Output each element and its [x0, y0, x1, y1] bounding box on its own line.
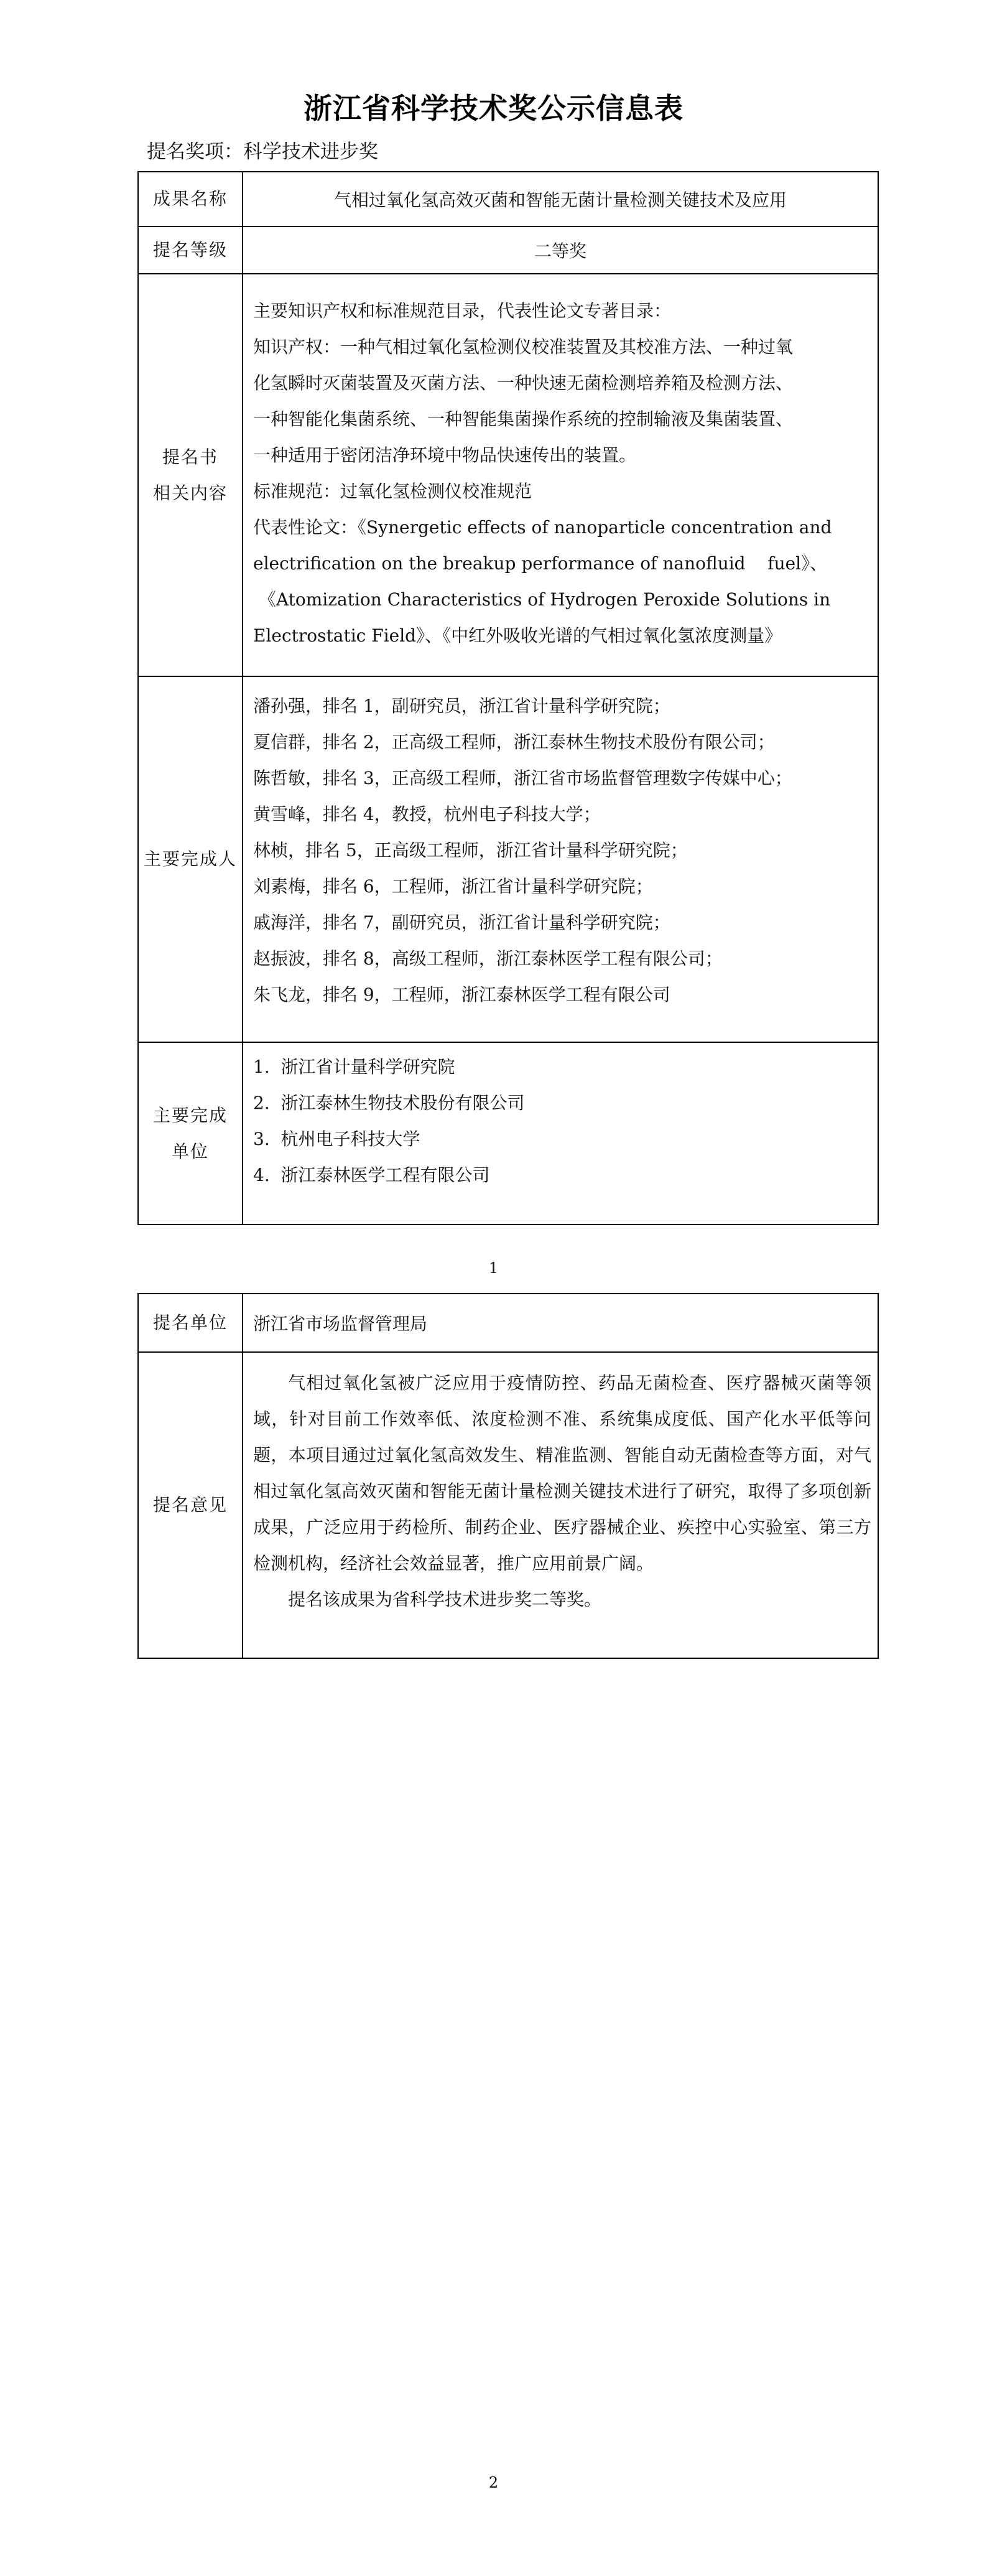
unit-item: 1. 浙江省计量科学研究院: [253, 1049, 870, 1085]
content-line: 标准规范：过氧化氢检测仪校准规范: [253, 474, 870, 510]
content-line: 知识产权：一种气相过氧化氢检测仪校准装置及其校准方法、一种过氧: [253, 329, 870, 365]
unit-item: 3. 杭州电子科技大学: [253, 1121, 870, 1157]
main-units-value: 1. 浙江省计量科学研究院 2. 浙江泰林生物技术股份有限公司 3. 杭州电子科…: [243, 1042, 878, 1225]
contributor-item: 朱飞龙，排名 9，工程师，浙江泰林医学工程有限公司: [253, 977, 870, 1013]
contributor-item: 潘孙强，排名 1，副研究员，浙江省计量科学研究院；: [253, 688, 870, 724]
content-line: 化氢瞬时灭菌装置及灭菌方法、一种快速无菌检测培养箱及检测方法、: [253, 365, 870, 401]
contributor-item: 林桢，排名 5，正高级工程师，浙江省计量科学研究院；: [253, 833, 870, 869]
document-title: 浙江省科学技术奖公示信息表: [0, 86, 987, 127]
nomination-content-label-line1: 提名书: [139, 439, 242, 475]
nominating-unit-label: 提名单位: [138, 1294, 243, 1352]
unit-item: 2. 浙江泰林生物技术股份有限公司: [253, 1085, 870, 1121]
nominating-unit-value: 浙江省市场监督管理局: [243, 1294, 878, 1352]
nomination-content-value: 主要知识产权和标准规范目录，代表性论文专著目录： 知识产权：一种气相过氧化氢检测…: [243, 274, 878, 676]
page-number-2: 2: [0, 2474, 987, 2491]
content-line: Electrostatic Field》、《中红外吸收光谱的气相过氧化氢浓度测量…: [253, 618, 870, 654]
content-line: 《Atomization Characteristics of Hydrogen…: [253, 582, 870, 618]
contributor-item: 刘素梅，排名 6，工程师，浙江省计量科学研究院；: [253, 869, 870, 905]
nomination-opinion-label: 提名意见: [138, 1352, 243, 1658]
contributor-item: 黄雪峰，排名 4，教授，杭州电子科技大学；: [253, 796, 870, 833]
content-line: 一种智能化集菌系统、一种智能集菌操作系统的控制输液及集菌装置、: [253, 401, 870, 437]
page-number-1: 1: [0, 1259, 987, 1277]
nomination-level-value: 二等奖: [243, 226, 878, 274]
award-category-line: 提名奖项：科学技术进步奖: [147, 136, 378, 164]
nomination-level-label: 提名等级: [138, 226, 243, 274]
contributor-item: 陈哲敏，排名 3，正高级工程师，浙江省市场监督管理数字传媒中心；: [253, 760, 870, 796]
row-achievement-name: 成果名称 气相过氧化氢高效灭菌和智能无菌计量检测关键技术及应用: [138, 172, 878, 226]
content-line: 主要知识产权和标准规范目录，代表性论文专著目录：: [253, 293, 870, 329]
contributor-item: 戚海洋，排名 7，副研究员，浙江省计量科学研究院；: [253, 905, 870, 941]
main-units-label-line2: 单位: [139, 1134, 242, 1170]
nomination-content-label-line2: 相关内容: [139, 475, 242, 511]
row-nomination-level: 提名等级 二等奖: [138, 226, 878, 274]
contributor-item: 夏信群，排名 2，正高级工程师，浙江泰林生物技术股份有限公司；: [253, 724, 870, 760]
content-line: 代表性论文：《Synergetic effects of nanoparticl…: [253, 510, 870, 546]
opinion-paragraph: 提名该成果为省科学技术进步奖二等奖。: [253, 1582, 871, 1618]
row-main-units: 主要完成 单位 1. 浙江省计量科学研究院 2. 浙江泰林生物技术股份有限公司 …: [138, 1042, 878, 1225]
unit-item: 4. 浙江泰林医学工程有限公司: [253, 1157, 870, 1193]
main-units-label-line1: 主要完成: [139, 1098, 242, 1134]
main-units-label: 主要完成 单位: [138, 1042, 243, 1225]
opinion-paragraph: 气相过氧化氢被广泛应用于疫情防控、药品无菌检查、医疗器械灭菌等领域，针对目前工作…: [253, 1365, 871, 1582]
main-contributors-label: 主要完成人: [138, 676, 243, 1042]
main-contributors-value: 潘孙强，排名 1，副研究员，浙江省计量科学研究院； 夏信群，排名 2，正高级工程…: [243, 676, 878, 1042]
achievement-name-label: 成果名称: [138, 172, 243, 226]
row-nominating-unit: 提名单位 浙江省市场监督管理局: [138, 1294, 878, 1352]
contributor-item: 赵振波，排名 8，高级工程师，浙江泰林医学工程有限公司；: [253, 941, 870, 977]
nomination-content-label: 提名书 相关内容: [138, 274, 243, 676]
nominating-unit-text: 浙江省市场监督管理局: [243, 1310, 878, 1335]
content-line: 一种适用于密闭洁净环境中物品快速传出的装置。: [253, 437, 870, 474]
achievement-name-value: 气相过氧化氢高效灭菌和智能无菌计量检测关键技术及应用: [243, 172, 878, 226]
row-nomination-opinion: 提名意见 气相过氧化氢被广泛应用于疫情防控、药品无菌检查、医疗器械灭菌等领域，针…: [138, 1352, 878, 1658]
content-line: electrification on the breakup performan…: [253, 546, 870, 582]
row-nomination-content: 提名书 相关内容 主要知识产权和标准规范目录，代表性论文专著目录： 知识产权：一…: [138, 274, 878, 676]
row-main-contributors: 主要完成人 潘孙强，排名 1，副研究员，浙江省计量科学研究院； 夏信群，排名 2…: [138, 676, 878, 1042]
nomination-opinion-value: 气相过氧化氢被广泛应用于疫情防控、药品无菌检查、医疗器械灭菌等领域，针对目前工作…: [243, 1352, 878, 1658]
info-table-page2: 提名单位 浙江省市场监督管理局 提名意见 气相过氧化氢被广泛应用于疫情防控、药品…: [137, 1293, 879, 1659]
info-table-page1: 成果名称 气相过氧化氢高效灭菌和智能无菌计量检测关键技术及应用 提名等级 二等奖…: [137, 171, 879, 1225]
